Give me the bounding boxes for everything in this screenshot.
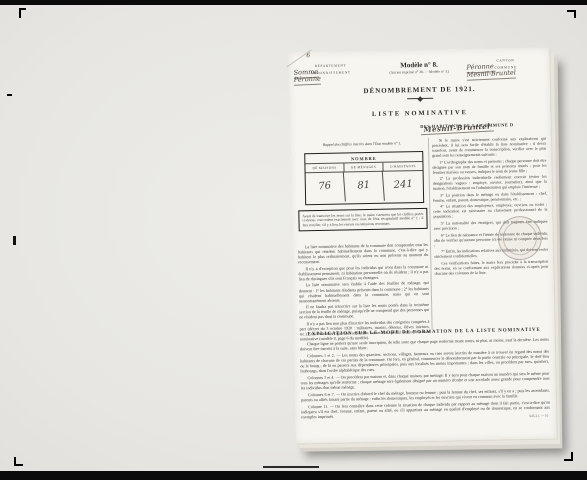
recap-table: NOMBRE DE MAISONS DE MÉNAGES D'HABITANTS… — [304, 151, 424, 205]
right-intro: Si le maire s'est strictement conformé a… — [432, 136, 546, 158]
film-bar-top — [0, 0, 587, 5]
warning-box: Avant de transcrire les noms sur la list… — [298, 208, 427, 231]
registration-mark-bottom-right — [564, 452, 573, 461]
registration-mark-bottom-left — [14, 457, 23, 466]
ink-stamp-inner-ring — [503, 221, 538, 256]
registration-mark-left-lower — [13, 236, 16, 245]
list-title: LISTE NOMINATIVE — [289, 108, 550, 120]
list-subtitle: DES HABITANTS DE LA COMMUNE D Mesnil-Bru… — [290, 122, 551, 127]
recap-note: Rappel des chiffres inscrits dans l'État… — [298, 141, 426, 147]
ornament-rule — [407, 98, 433, 99]
left-paragraph: Il n'y a d'exception que pour les indivi… — [298, 264, 428, 282]
film-bar-bottom — [0, 471, 587, 480]
right-item: 2° La profession individuelle réellement… — [433, 174, 547, 191]
explanation-paragraph: Colonnes 1 et 2. — Les noms des quartier… — [300, 348, 549, 373]
recap-value-menages: 81 — [344, 171, 385, 204]
right-closing: Ces vérifications faites, le maire fera … — [434, 258, 548, 275]
right-item: 4° La situation des employeurs, employés… — [433, 202, 547, 219]
census-form-page: 6 DÉPARTEMENT Somme ARRONDISSEMENT Péron… — [288, 48, 556, 444]
left-paragraph: Il ne faudra pas transcrire sur la liste… — [299, 302, 429, 320]
registration-mark-left-upper — [7, 94, 12, 96]
census-year-heading: DÉNOMBREMENT DE 1921. — [289, 84, 550, 97]
registration-mark-top-left — [19, 8, 26, 18]
right-item: 3° La position dans le ménage ou dans l'… — [433, 190, 547, 202]
left-column-instructions: La liste nominative des habitants de la … — [298, 242, 430, 343]
registration-mark-bottom-center — [263, 466, 319, 468]
left-paragraph: La liste nominative des habitants de la … — [298, 242, 428, 265]
recap-value-maisons: 76 — [305, 171, 346, 204]
recap-table-values-row: 76 81 241 — [306, 171, 424, 203]
film-scan-stage: 6 DÉPARTEMENT Somme ARRONDISSEMENT Péron… — [0, 0, 587, 480]
explanation-body: Chaque ligne ne portera qu'une seule ins… — [300, 337, 550, 421]
registration-mark-top-right — [567, 10, 576, 18]
right-item: 1° L'orthographe des noms et prénoms ; c… — [432, 157, 546, 174]
recap-value-habitants: 241 — [383, 170, 424, 203]
left-paragraph: La liste nominative sera établie à l'aid… — [299, 280, 429, 303]
handwritten-corner-mark: 6 — [306, 52, 310, 59]
